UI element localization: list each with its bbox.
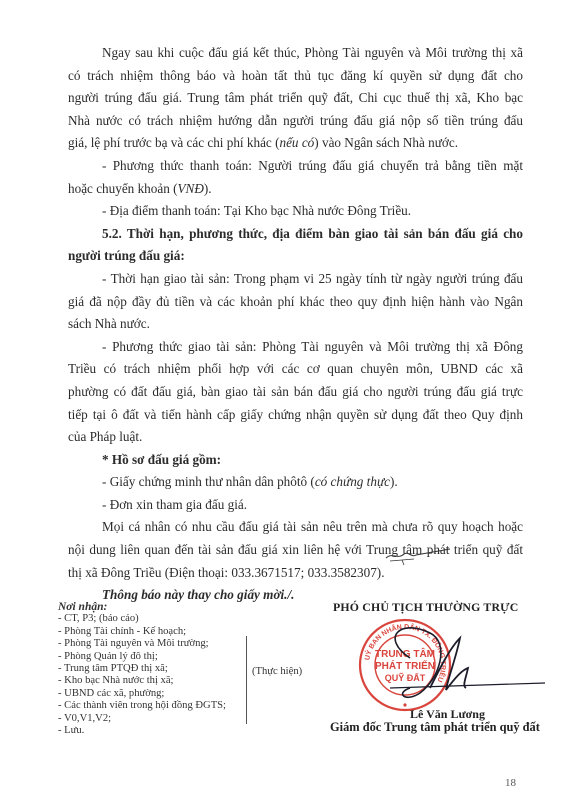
dossier-item: - Giấy chứng minh thư nhân dân phôtô (có… [68,471,523,494]
recipient-item: - Các thành viên trong hội đồng ĐGTS; [58,700,226,712]
recipient-item: - V0,V1,V2; [58,713,226,725]
text-line: tiếp tại ô đất và tiến hành cấp giấy chứ… [68,404,523,427]
signatory-title: PHÓ CHỦ TỊCH THƯỜNG TRỰC [333,600,519,615]
text-line: giá đã nộp đầy đủ tiền và các khoản phí … [68,291,523,314]
text-line: người trúng đấu giá. Trung tâm phát triể… [68,87,523,110]
paragraph-result-notice: Ngay sau khi cuộc đấu giá kết thúc, Phòn… [68,42,523,607]
section-heading-cont: người trúng đấu giá: [68,245,523,268]
text-line: Mọi cá nhân có nhu cầu đấu giá tài sản n… [68,516,523,539]
text-line: thị xã Đông Triều (Điện thoại: 033.36715… [68,562,523,585]
text-line: - Phương thức giao tài sản: Phòng Tài ng… [68,336,523,359]
recipient-item: - Trung tâm PTQĐ thị xã; [58,663,226,675]
recipient-item: - CT, P3; (báo cáo) [58,613,226,625]
recipient-item: - UBND các xã, phường; [58,688,226,700]
text-segment: ). [204,181,212,196]
recipient-item: - Phòng Quản lý đô thị; [58,651,226,663]
text-segment: - Giấy chứng minh thư nhân dân phôtô ( [102,474,315,489]
text-line: nội dung liên quan đến tài sản đấu giá x… [68,539,523,562]
initials-signature-icon [384,546,454,566]
recipients-title: Nơi nhận: [58,601,226,613]
text-line: Nhà nước có trách nhiệm hướng dẫn người … [68,110,523,133]
payment-method-line: - Phương thức thanh toán: Người trúng đấ… [68,155,523,178]
dossier-heading: * Hồ sơ đấu giá gồm: [68,449,523,472]
text-line: của Pháp luật. [68,426,523,449]
text-line: Triều có trách nhiệm phối hợp với các cơ… [68,358,523,381]
recipient-item: - Kho bạc Nhà nước thị xã; [58,675,226,687]
text-segment: hoặc chuyển khoản ( [68,181,178,196]
text-line: phường có đất đấu giá, bàn giao tài sản … [68,381,523,404]
handwritten-signature-icon [370,618,550,708]
text-segment: ). [390,474,398,489]
recipient-item: - Phòng Tài chính - Kế hoạch; [58,626,226,638]
text-italic: VNĐ [178,181,204,196]
recipient-item: - Lưu. [58,725,226,737]
dossier-item: - Đơn xin tham gia đấu giá. [68,494,523,517]
section-heading: 5.2. Thời hạn, phương thức, địa điểm bàn… [68,223,523,246]
page-number: 18 [505,777,516,789]
recipient-item: - Phòng Tài nguyên và Môi trường; [58,638,226,650]
bracket-note: (Thực hiện) [252,666,302,677]
text-line: hoặc chuyển khoản (VNĐ). [68,178,523,201]
text-italic: có chứng thực [315,474,390,489]
payment-place-line: - Địa điểm thanh toán: Tại Kho bạc Nhà n… [68,200,523,223]
text-line: sách Nhà nước. [68,313,523,336]
text-line: giá, lệ phí trước bạ và các chi phí khác… [68,132,523,155]
document-page: Ngay sau khi cuộc đấu giá kết thúc, Phòn… [0,0,564,811]
recipients-bracket [246,636,247,724]
text-italic: nếu có [279,135,314,150]
text-line: có trách nhiệm thông báo và hoàn tất thủ… [68,65,523,88]
text-segment: giá, lệ phí trước bạ và các chi phí khác… [68,135,279,150]
text-line: - Thời hạn giao tài sản: Trong phạm vi 2… [68,268,523,291]
signatory-role: Giám đốc Trung tâm phát triển quỹ đất [330,720,540,735]
recipients-list: Nơi nhận: - CT, P3; (báo cáo) - Phòng Tà… [58,601,226,737]
text-segment: ) vào Ngân sách Nhà nước. [314,135,458,150]
text-line: Ngay sau khi cuộc đấu giá kết thúc, Phòn… [68,42,523,65]
